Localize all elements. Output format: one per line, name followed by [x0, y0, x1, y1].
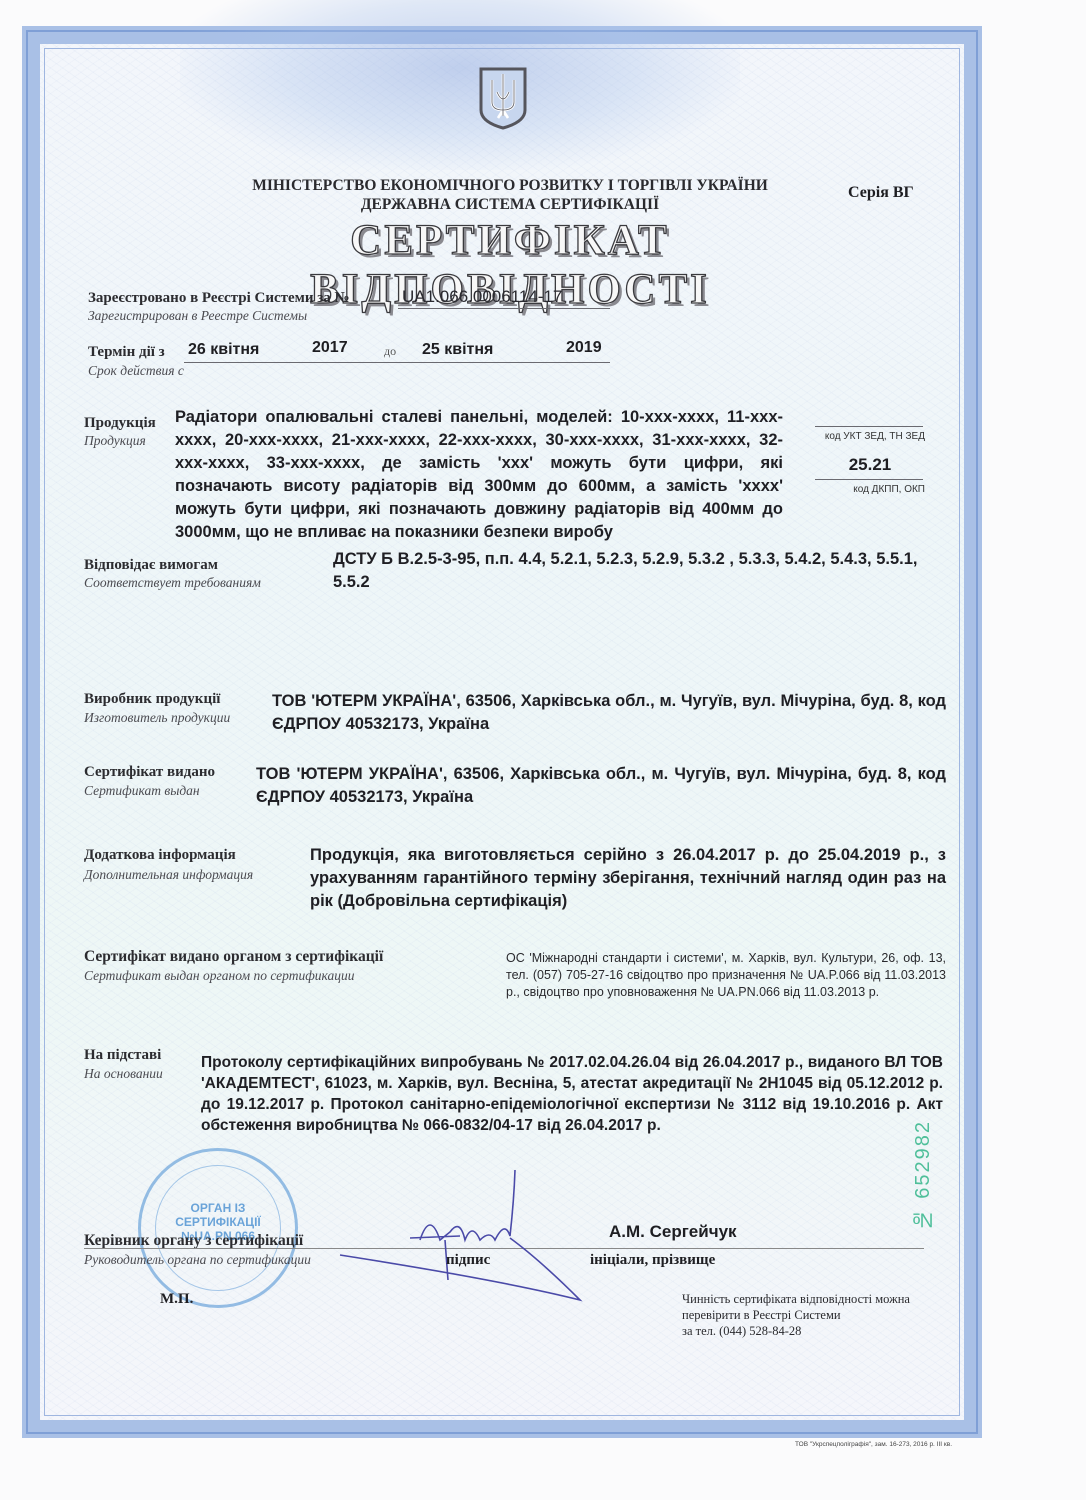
serial-number: № 652982	[912, 1120, 935, 1230]
additional-info-text: Продукція, яка виготовляється серійно з …	[310, 844, 946, 913]
requirements-text: ДСТУ Б В.2.5-3-95, п.п. 4.4, 5.2.1, 5.2.…	[333, 548, 948, 594]
additional-info-label: Додаткова інформація	[84, 846, 236, 864]
trident-coat-of-arms-icon	[478, 66, 528, 130]
stamp-line-1: ОРГАН ІЗ	[141, 1201, 295, 1215]
certification-body-label-ru: Сертификат выдан органом по сертификации	[84, 967, 355, 984]
manufacturer-text: ТОВ 'ЮТЕРМ УКРАЇНА', 63506, Харківська о…	[272, 690, 946, 736]
validity-label: Термін дії з	[88, 343, 165, 361]
top-ornament	[180, 0, 740, 170]
dkpp-code-label: код ДКПП, ОКП	[815, 484, 925, 495]
product-description: Радіатори опалювальні сталеві панельні, …	[175, 406, 783, 544]
ukt-code-line	[815, 426, 923, 427]
ministry-name: МІНІСТЕРСТВО ЕКОНОМІЧНОГО РОЗВИТКУ І ТОР…	[200, 176, 820, 195]
validity-to-word: до	[384, 344, 396, 359]
printer-info: ТОВ "Укрспецполіграфія", зам. 16-273, 20…	[795, 1441, 952, 1448]
verification-note-line-3: за тел. (044) 528-84-28	[682, 1323, 910, 1339]
verification-note-line-2: перевірити в Реєстрі Системи	[682, 1307, 910, 1323]
dkpp-code-line	[815, 479, 923, 480]
product-label-ru: Продукция	[84, 432, 146, 449]
issued-to-label-ru: Сертификат выдан	[84, 782, 200, 799]
valid-to-date: 25 квітня	[422, 341, 493, 359]
name-caption: ініціали, прізвище	[590, 1252, 715, 1269]
registration-label: Зареєстровано в Реєстрі Системи за №	[88, 289, 350, 307]
basis-text: Протоколу сертифікаційних випробувань № …	[201, 1052, 943, 1136]
dkpp-code-value: 25.21	[815, 455, 925, 475]
basis-label-ru: На основании	[84, 1065, 163, 1082]
stamp-line-2: СЕРТИФІКАЦІЇ	[141, 1215, 295, 1229]
certification-body-text: ОС 'Міжнародні стандарти і системи', м. …	[506, 950, 946, 1001]
certification-system: ДЕРЖАВНА СИСТЕМА СЕРТИФІКАЦІЇ	[200, 195, 820, 214]
manufacturer-label-ru: Изготовитель продукции	[84, 709, 230, 726]
validity-label-ru: Срок действия с	[88, 362, 184, 379]
certification-body-label: Сертифікат видано органом з сертифікації	[84, 948, 383, 966]
verification-note-line-1: Чинність сертифіката відповідності можна	[682, 1291, 910, 1307]
basis-label: На підставі	[84, 1046, 161, 1064]
seal-place: М.П.	[160, 1291, 193, 1308]
verification-note: Чинність сертифіката відповідності можна…	[682, 1291, 910, 1339]
signatory-name: А.М. Сергейчук	[609, 1222, 737, 1242]
ministry-header: МІНІСТЕРСТВО ЕКОНОМІЧНОГО РОЗВИТКУ І ТОР…	[200, 176, 820, 214]
requirements-label-ru: Соответствует требованиям	[84, 574, 261, 591]
issued-to-text: ТОВ 'ЮТЕРМ УКРАЇНА', 63506, Харківська о…	[256, 763, 946, 809]
registration-label-ru: Зарегистрирован в Реестре Системы	[88, 307, 307, 324]
series-label: Серія ВГ	[848, 184, 914, 202]
product-label: Продукція	[84, 414, 156, 432]
ukt-code-label: код УКТ ЗЕД, ТН ЗЕД	[815, 431, 925, 442]
additional-info-label-ru: Дополнительная информация	[84, 866, 253, 883]
official-stamp: ОРГАН ІЗ СЕРТИФІКАЦІЇ №UA.PN.066	[138, 1148, 298, 1308]
handwritten-signature	[300, 1160, 600, 1310]
valid-from-date: 26 квітня	[188, 341, 259, 359]
signature-caption: підпис	[446, 1252, 490, 1269]
issued-to-label: Сертифікат видано	[84, 763, 215, 781]
head-of-body-label-ru: Руководитель органа по сертификации	[84, 1251, 311, 1268]
valid-from-year: 2017	[312, 339, 348, 357]
registration-number: UA1.066.0006114-17	[402, 287, 562, 307]
valid-to-year: 2019	[566, 339, 602, 357]
requirements-label: Відповідає вимогам	[84, 556, 218, 574]
manufacturer-label: Виробник продукції	[84, 690, 220, 708]
